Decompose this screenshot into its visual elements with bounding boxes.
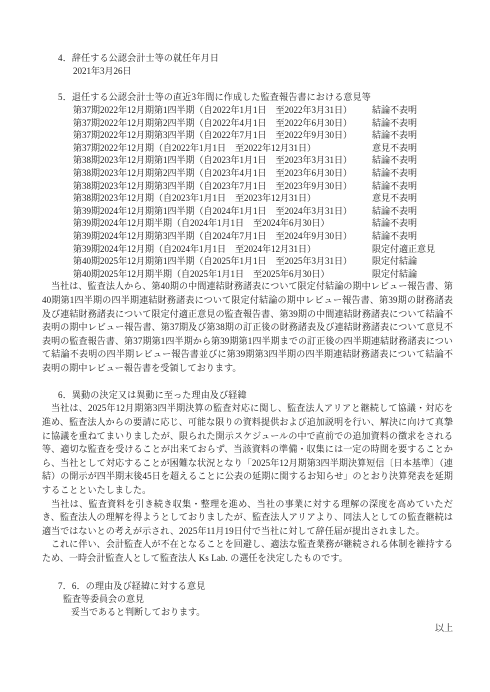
report-opinion: 結論不表明 — [372, 154, 417, 167]
report-opinion: 結論不表明 — [372, 104, 417, 117]
report-opinion: 限定付結論 — [372, 268, 417, 281]
section-4-date: 2021年3月26日 — [73, 65, 453, 78]
report-opinion: 結論不表明 — [372, 230, 417, 243]
report-opinion: 限定付結論 — [372, 255, 417, 268]
report-opinion: 意見不表明 — [372, 192, 417, 205]
report-period: 第39期2024年12月期半期（自2024年1月1日 至2024年6月30日） — [73, 218, 330, 228]
section-5-paragraph: 当社は、監査法人から、第40期の中間連結財務諸表について限定付結論の期中レビュー… — [42, 280, 453, 375]
report-row: 第37期2022年12月期（自2022年1月1日 至2022年12月31日）意見… — [73, 142, 453, 155]
report-row: 第38期2023年12月期第2四半期（自2023年4月1日 至2023年6月30… — [73, 167, 453, 180]
section-6-paragraph-3: これに伴い、会計監査人が不在となることを回避し、適法な監査業務が継続される体制を… — [42, 538, 453, 565]
report-period: 第38期2023年12月期第3四半期（自2023年7月1日 至2023年9月30… — [73, 181, 352, 191]
section-6-paragraph-1: 当社は、2025年12月期第3四半期決算の監査対応に関し、監査法人アリアと継続し… — [42, 402, 453, 497]
section-7-heading: 7．6．の理由及び経緯に対する意見 — [58, 580, 453, 593]
report-period: 第38期2023年12月期第1四半期（自2023年1月1日 至2023年3月31… — [73, 155, 352, 165]
report-period: 第39期2024年12月期第3四半期（自2024年7月1日 至2024年9月30… — [73, 231, 352, 241]
report-period: 第39期2024年12月期第1四半期（自2024年1月1日 至2024年3月31… — [73, 206, 352, 216]
audit-report-list: 第37期2022年12月期第1四半期（自2022年1月1日 至2022年3月31… — [73, 104, 453, 280]
section-7-subheading: 監査等委員会の意見 — [63, 593, 453, 606]
report-opinion: 結論不表明 — [372, 180, 417, 193]
report-opinion: 結論不表明 — [372, 167, 417, 180]
report-period: 第38期2023年12月期（自2023年1月1日 至2023年12月31日） — [73, 193, 316, 203]
report-row: 第37期2022年12月期第2四半期（自2022年4月1日 至2022年6月30… — [73, 117, 453, 130]
report-opinion: 意見不表明 — [372, 142, 417, 155]
section-5-heading: 5．退任する公認会計士等の直近3年間に作成した監査報告書における意見等 — [58, 91, 453, 104]
report-row: 第40期2025年12月期半期（自2025年1月1日 至2025年6月30日）限… — [73, 268, 453, 281]
report-row: 第37期2022年12月期第1四半期（自2022年1月1日 至2022年3月31… — [73, 104, 453, 117]
report-row: 第39期2024年12月期半期（自2024年1月1日 至2024年6月30日）結… — [73, 217, 453, 230]
report-opinion: 結論不表明 — [372, 217, 417, 230]
report-opinion: 結論不表明 — [372, 117, 417, 130]
closing-label: 以上 — [42, 622, 453, 635]
section-4-heading: 4．辞任する公認会計士等の就任年月日 — [58, 52, 453, 65]
report-period: 第38期2023年12月期第2四半期（自2023年4月1日 至2023年6月30… — [73, 168, 352, 178]
report-row: 第39期2024年12月期第3四半期（自2024年7月1日 至2024年9月30… — [73, 230, 453, 243]
document-page: 4．辞任する公認会計士等の就任年月日 2021年3月26日 5．退任する公認会計… — [0, 0, 490, 692]
report-period: 第40期2025年12月期半期（自2025年1月1日 至2025年6月30日） — [73, 269, 330, 279]
report-opinion: 結論不表明 — [372, 129, 417, 142]
section-6-heading: 6．異動の決定又は異動に至った理由及び経緯 — [58, 389, 453, 402]
report-period: 第37期2022年12月期第3四半期（自2022年7月1日 至2022年9月30… — [73, 130, 352, 140]
report-period: 第37期2022年12月期第2四半期（自2022年4月1日 至2022年6月30… — [73, 118, 352, 128]
report-row: 第40期2025年12月期第1四半期（自2025年1月1日 至2025年3月31… — [73, 255, 453, 268]
section-7-body: 妥当であると判断しております。 — [71, 606, 453, 619]
document-content: 4．辞任する公認会計士等の就任年月日 2021年3月26日 5．退任する公認会計… — [42, 52, 453, 635]
report-row: 第38期2023年12月期第3四半期（自2023年7月1日 至2023年9月30… — [73, 180, 453, 193]
report-period: 第39期2024年12月期（自2024年1月1日 至2024年12月31日） — [73, 244, 316, 254]
report-period: 第37期2022年12月期（自2022年1月1日 至2022年12月31日） — [73, 143, 316, 153]
report-opinion: 結論不表明 — [372, 205, 417, 218]
section-6-paragraph-2: 当社は、監査資料を引き続き収集・整理を進め、当社の事業に対する理解の深度を高めて… — [42, 498, 453, 539]
report-row: 第39期2024年12月期第1四半期（自2024年1月1日 至2024年3月31… — [73, 205, 453, 218]
report-row: 第37期2022年12月期第3四半期（自2022年7月1日 至2022年9月30… — [73, 129, 453, 142]
report-period: 第40期2025年12月期第1四半期（自2025年1月1日 至2025年3月31… — [73, 256, 352, 266]
report-row: 第38期2023年12月期第1四半期（自2023年1月1日 至2023年3月31… — [73, 154, 453, 167]
report-row: 第38期2023年12月期（自2023年1月1日 至2023年12月31日）意見… — [73, 192, 453, 205]
report-period: 第37期2022年12月期第1四半期（自2022年1月1日 至2022年3月31… — [73, 105, 352, 115]
report-row: 第39期2024年12月期（自2024年1月1日 至2024年12月31日）限定… — [73, 243, 453, 256]
report-opinion: 限定付適正意見 — [372, 243, 435, 256]
